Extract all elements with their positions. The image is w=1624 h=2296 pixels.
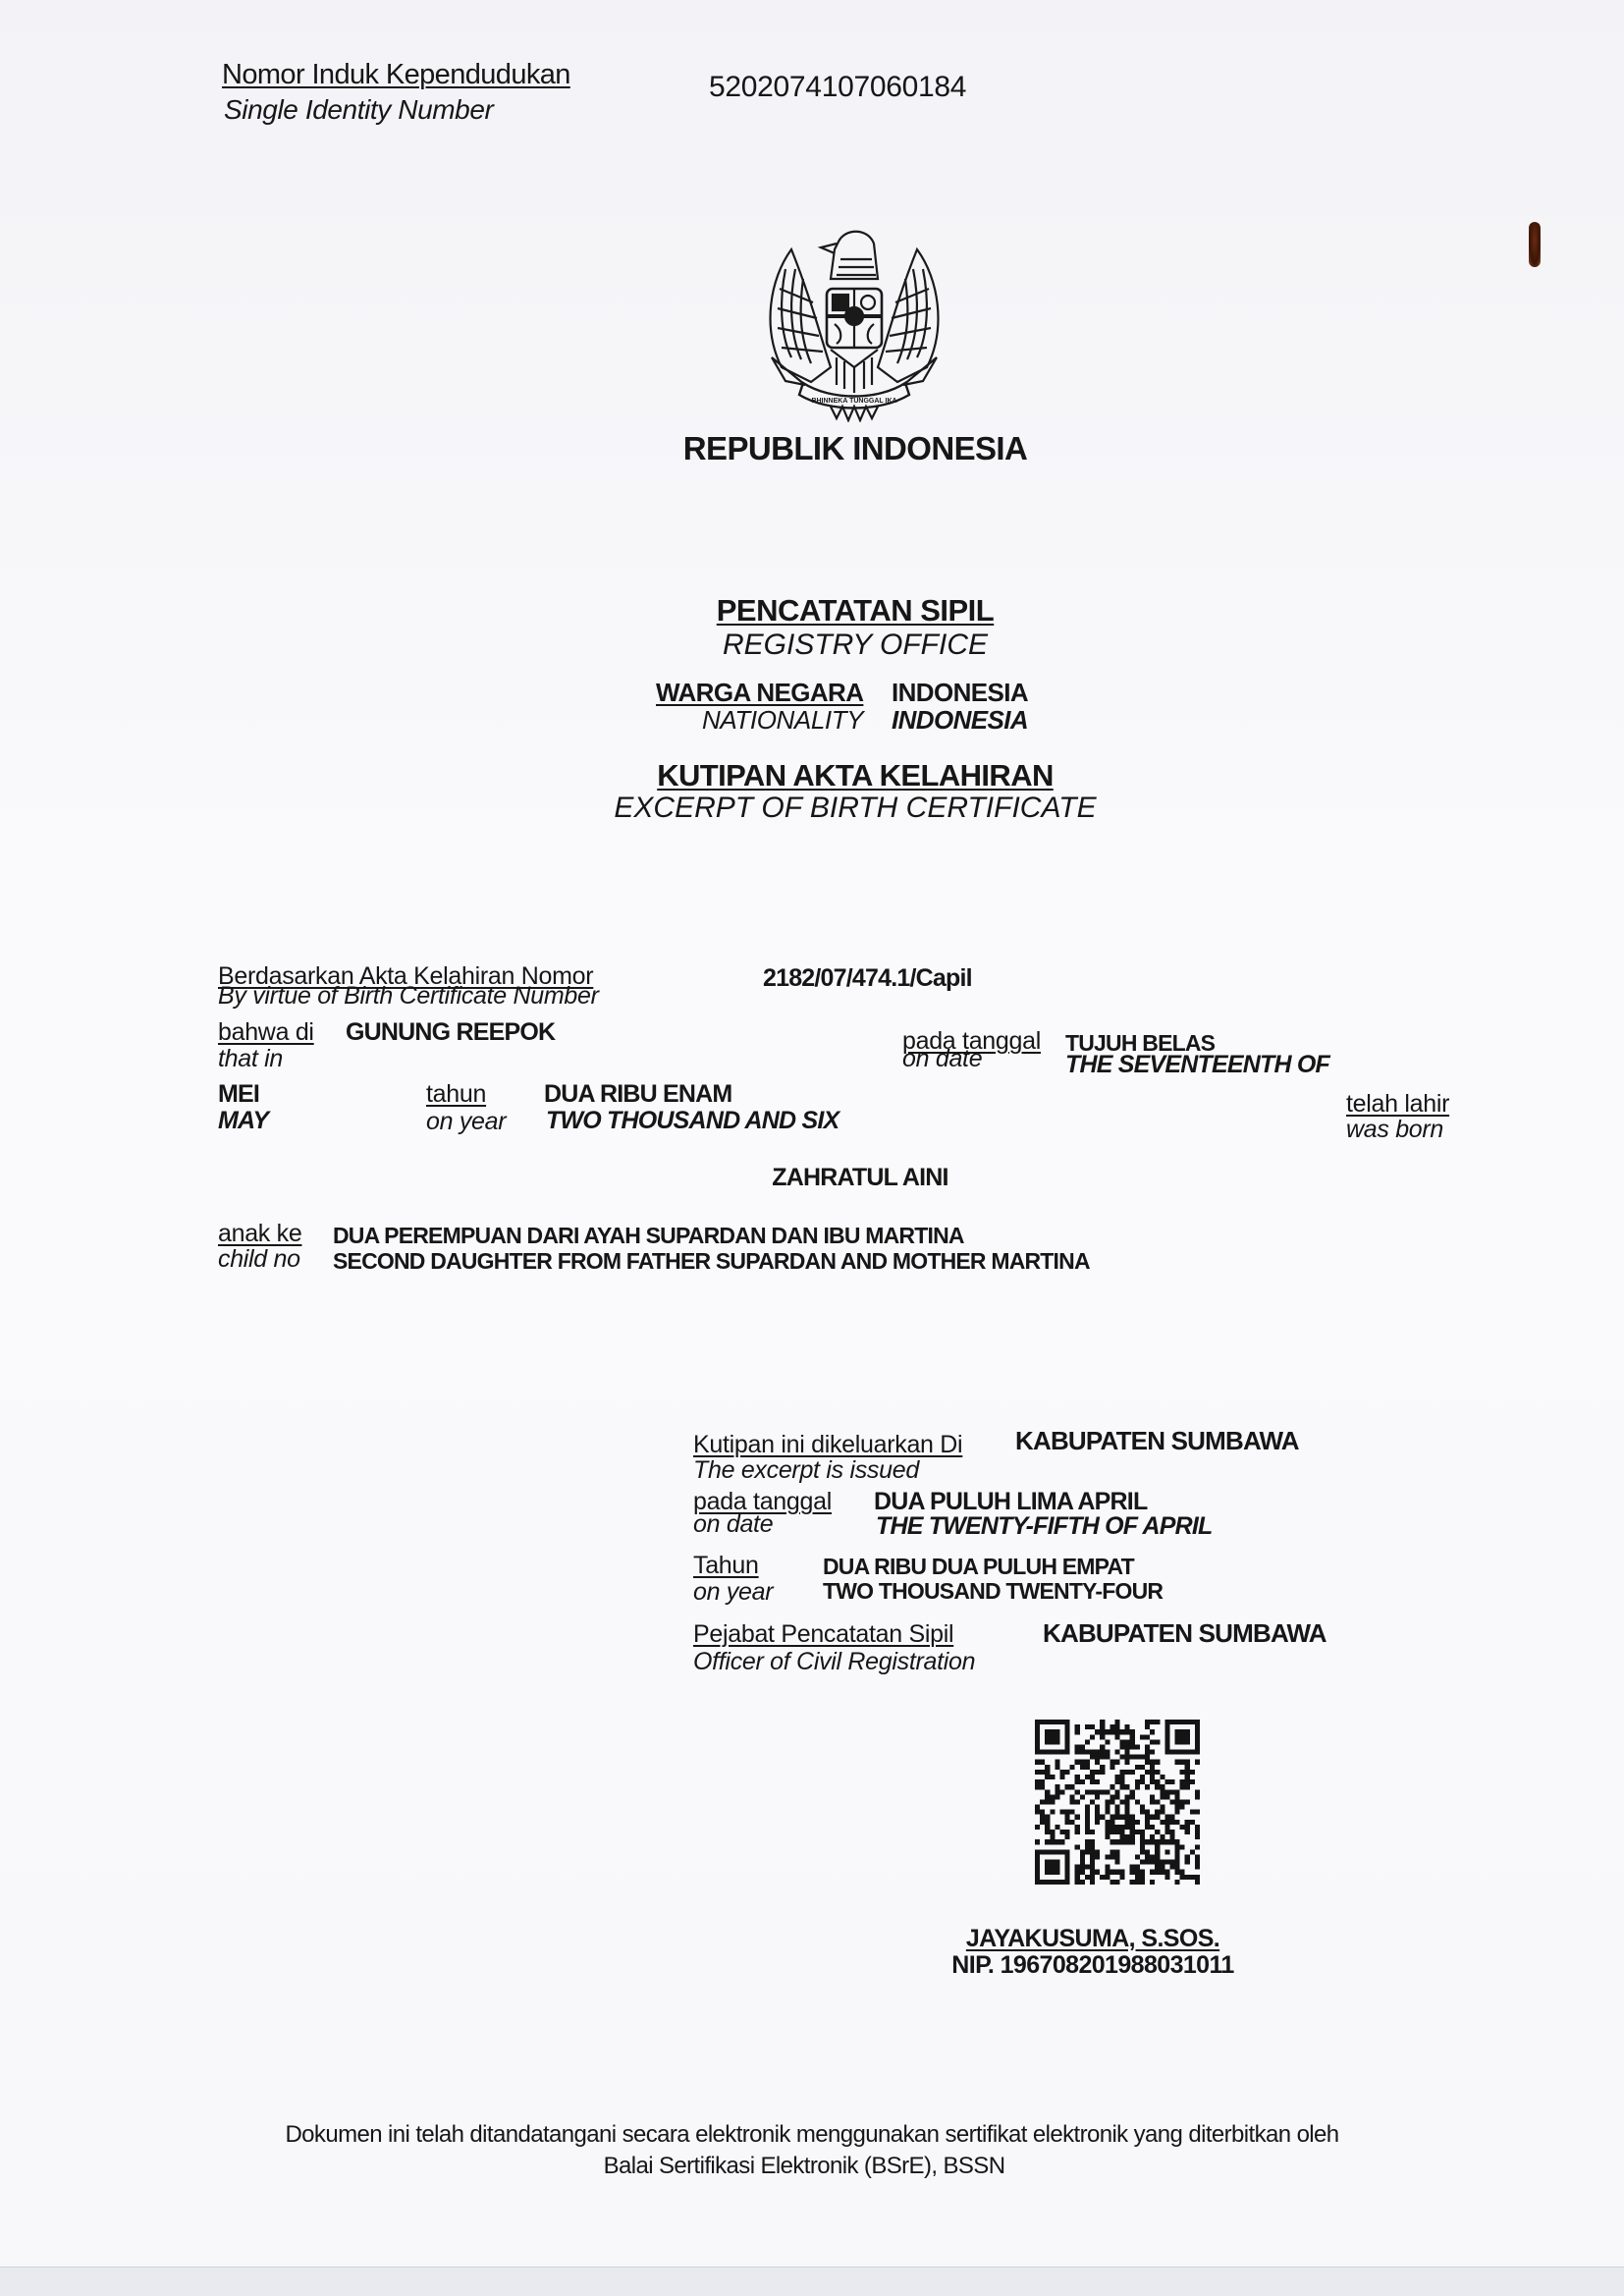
nationality-label-en: NATIONALITY <box>702 705 863 736</box>
document-title-en: EXCERPT OF BIRTH CERTIFICATE <box>0 792 1624 825</box>
birth-date-label-en: on date <box>902 1047 982 1071</box>
signatory-name: JAYAKUSUMA, S.SOS. <box>0 1925 1624 1953</box>
certificate-page: Nomor Induk Kependudukan Single Identity… <box>0 0 1624 2267</box>
nik-label: Nomor Induk Kependudukan <box>222 59 570 91</box>
scan-bottom-edge <box>0 2267 1624 2296</box>
born-label-en: was born <box>1346 1116 1443 1144</box>
footer-line-1: Dokumen ini telah ditandatangani secara … <box>0 2121 1624 2149</box>
birth-place: GUNUNG REEPOK <box>346 1018 555 1047</box>
birth-year-label: tahun <box>426 1080 486 1109</box>
nationality-value-en: INDONESIA <box>892 705 1028 736</box>
document-title: KUTIPAN AKTA KELAHIRAN <box>0 758 1624 793</box>
place-label-en: that in <box>218 1045 283 1073</box>
office-title: PENCATATAN SIPIL <box>0 593 1624 629</box>
place-label: bahwa di <box>218 1018 314 1047</box>
issued-date-en: THE TWENTY-FIFTH OF APRIL <box>876 1512 1212 1541</box>
birth-year-en: TWO THOUSAND AND SIX <box>546 1107 839 1135</box>
born-label: telah lahir <box>1346 1090 1449 1119</box>
footer-line-2: Balai Sertifikasi Elektronik (BSrE), BSS… <box>0 2153 1616 2180</box>
nik-label-en: Single Identity Number <box>224 94 493 126</box>
officer-region: KABUPATEN SUMBAWA <box>1043 1618 1326 1649</box>
issued-label-en: The excerpt is issued <box>693 1456 919 1485</box>
issued-place: KABUPATEN SUMBAWA <box>1015 1426 1299 1456</box>
issued-label: Kutipan ini dikeluarkan Di <box>693 1431 962 1459</box>
ink-stain <box>1529 222 1541 267</box>
qr-code-icon <box>1035 1720 1200 1885</box>
child-order-label: anak ke <box>218 1220 301 1248</box>
issued-year-en: TWO THOUSAND TWENTY-FOUR <box>823 1578 1163 1605</box>
child-description-en: SECOND DAUGHTER FROM FATHER SUPARDAN AND… <box>333 1248 1090 1275</box>
signatory-nip: NIP. 196708201988031011 <box>0 1951 1624 1980</box>
child-name: ZAHRATUL AINI <box>0 1164 1624 1192</box>
issued-year: DUA RIBU DUA PULUH EMPAT <box>823 1554 1134 1580</box>
issued-date-label-en: on date <box>693 1510 773 1539</box>
emblem-motto: BHINNEKA TUNGGAL IKA <box>811 398 896 405</box>
country-title: REPUBLIK INDONESIA <box>0 430 1624 467</box>
birth-year-label-en: on year <box>426 1108 506 1136</box>
garuda-emblem-icon: BHINNEKA TUNGGAL IKA <box>752 220 956 422</box>
birth-month-en: MAY <box>218 1107 268 1135</box>
birth-month: MEI <box>218 1080 259 1109</box>
office-title-en: REGISTRY OFFICE <box>0 629 1624 662</box>
nationality-value: INDONESIA <box>892 678 1028 708</box>
cert-number: 2182/07/474.1/Capil <box>763 964 972 993</box>
officer-label-en: Officer of Civil Registration <box>693 1648 975 1676</box>
issued-year-label: Tahun <box>693 1552 759 1580</box>
nationality-label: WARGA NEGARA <box>656 678 863 708</box>
issued-year-label-en: on year <box>693 1578 773 1607</box>
child-description: DUA PEREMPUAN DARI AYAH SUPARDAN DAN IBU… <box>333 1223 964 1249</box>
cert-number-label-en: By virtue of Birth Certificate Number <box>218 984 599 1009</box>
birth-day-en: THE SEVENTEENTH OF <box>1065 1051 1329 1079</box>
child-order-label-en: child no <box>218 1245 300 1274</box>
birth-year: DUA RIBU ENAM <box>544 1080 731 1109</box>
nik-value: 5202074107060184 <box>709 71 966 104</box>
officer-label: Pejabat Pencatatan Sipil <box>693 1620 953 1649</box>
